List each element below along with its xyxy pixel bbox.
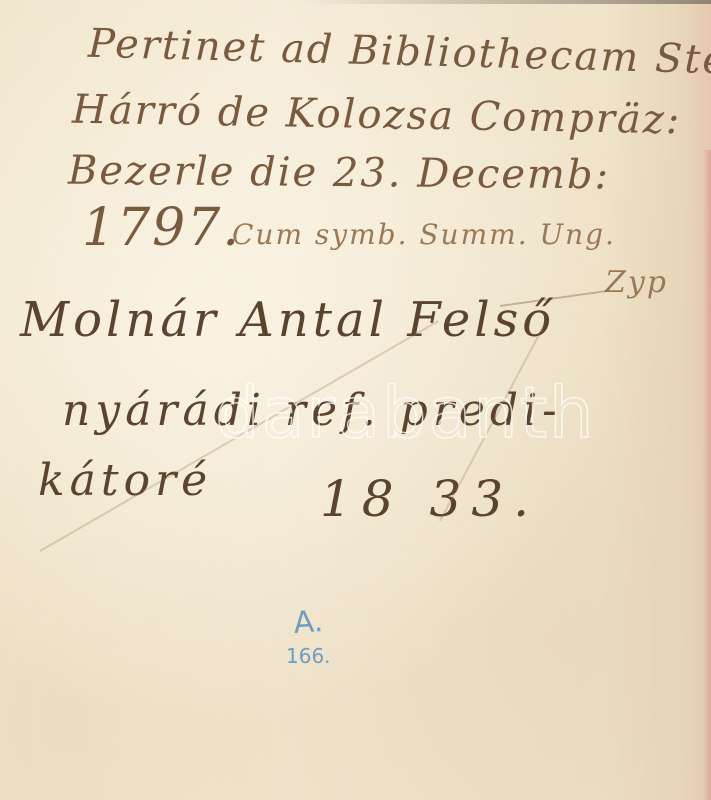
inscription-1833-line-3: kátoré <box>38 455 212 506</box>
shelfmark: A. 166. <box>286 605 331 668</box>
inscription-1797-line-3: Bezerle die 23. Decemb: <box>68 148 610 199</box>
page-right-edge-stain <box>703 150 711 800</box>
inscription-1833-line-1: Molnár Antal Felső <box>20 292 555 348</box>
inscription-1833-year: 18 33. <box>320 470 539 528</box>
shelfmark-number: 166. <box>286 644 331 668</box>
inscription-1797-line-2: Hárró de Kolozsa Compräz: <box>72 87 682 144</box>
manuscript-page: Pertinet ad Bibliothecam Steph. Hárró de… <box>0 0 711 800</box>
inscription-1797-line-4: Cum symb. Summ. Ung. <box>232 218 616 251</box>
shelfmark-letter: A. <box>285 603 332 641</box>
page-top-edge <box>300 0 711 4</box>
signature-flourish: Zyp <box>605 265 668 300</box>
inscription-1797-line-1: Pertinet ad Bibliothecam Steph. <box>88 21 711 86</box>
inscription-1797-year: 1797. <box>82 198 241 258</box>
